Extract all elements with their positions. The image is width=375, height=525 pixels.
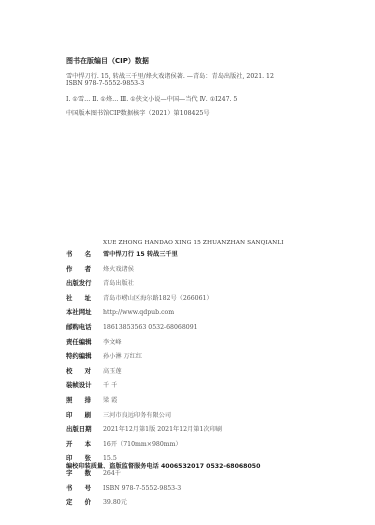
row-mail-order-phone: 邮购电话 18613853563 0532-68068091 <box>66 322 222 337</box>
cip-classification: Ⅰ. ①雪… Ⅱ. ①烽… Ⅲ. ①侠文小说—中国—当代 Ⅳ. ①I247. 5 <box>66 94 237 103</box>
row-publish-date: 出版日期 2021年12月第1版 2021年12月第1次印刷 <box>66 424 222 439</box>
special-editor-value: 孙小淋 万红红 <box>103 351 142 360</box>
editor-value: 李文峰 <box>103 337 122 346</box>
cip-isbn: ISBN 978-7-5552-9853-3 <box>66 80 144 87</box>
author-value: 烽火戏诸侯 <box>103 264 134 273</box>
address-value: 青岛市崂山区海尔路182号（266061） <box>103 293 213 302</box>
cip-record-number: 中国版本图书馆CIP数据核字（2021）第108425号 <box>66 108 210 117</box>
publish-date-value: 2021年12月第1版 2021年12月第1次印刷 <box>103 424 222 433</box>
quality-hotline: 编校印装质量、盗版监督服务电话 4006532017 0532-68068050 <box>66 461 260 470</box>
row-design: 装帧设计 千 千 <box>66 380 222 395</box>
row-book-title: 书名 雪中悍刀行 15 转战三千里 <box>66 249 222 264</box>
copyright-page: 图书在版编目（CIP）数据 雪中悍刀行. 15, 转战三千里/烽火戏诸侯著. —… <box>0 0 375 525</box>
isbn-value: ISBN 978-7-5552-9853-3 <box>103 485 181 492</box>
row-typesetting: 照排 梁 霞 <box>66 395 222 410</box>
proofreader-value: 高玉莲 <box>103 366 122 375</box>
row-author: 作者 烽火戏诸侯 <box>66 264 222 279</box>
row-isbn: 书号 ISBN 978-7-5552-9853-3 <box>66 483 222 498</box>
cip-title: 图书在版编目（CIP）数据 <box>66 56 149 66</box>
book-title-value: 雪中悍刀行 15 转战三千里 <box>103 249 178 258</box>
row-publisher: 出版发行 青岛出版社 <box>66 278 222 293</box>
colophon-table: 书名 雪中悍刀行 15 转战三千里 作者 烽火戏诸侯 出版发行 青岛出版社 社址… <box>66 249 222 512</box>
phone-value: 18613853563 0532-68068091 <box>103 324 198 331</box>
title-transliteration: XUE ZHONG HANDAO XING 15 ZHUANZHAN SANQI… <box>103 240 284 246</box>
website-link[interactable]: http://www.qdpub.com <box>103 309 174 316</box>
row-price: 定价 39.80元 <box>66 497 222 512</box>
row-word-count: 字数 264千 <box>66 468 222 483</box>
row-proofreader: 校对 高玉莲 <box>66 366 222 381</box>
format-value: 16开（710mm×980mm） <box>103 439 182 448</box>
row-format: 开本 16开（710mm×980mm） <box>66 439 222 454</box>
row-special-editor: 特约编辑 孙小淋 万红红 <box>66 351 222 366</box>
printer-value: 三河市良远印务有限公司 <box>103 410 171 419</box>
publisher-value: 青岛出版社 <box>103 278 134 287</box>
row-address: 社址 青岛市崂山区海尔路182号（266061） <box>66 293 222 308</box>
row-editor: 责任编辑 李文峰 <box>66 337 222 352</box>
price-value: 39.80元 <box>103 497 127 506</box>
row-website: 本社网址 http://www.qdpub.com <box>66 307 222 322</box>
row-printer: 印刷 三河市良远印务有限公司 <box>66 410 222 425</box>
design-value: 千 千 <box>103 380 117 389</box>
typesetting-value: 梁 霞 <box>103 395 117 404</box>
cip-line: 雪中悍刀行. 15, 转战三千里/烽火戏诸侯著. —青岛：青岛出版社, 2021… <box>66 71 274 80</box>
